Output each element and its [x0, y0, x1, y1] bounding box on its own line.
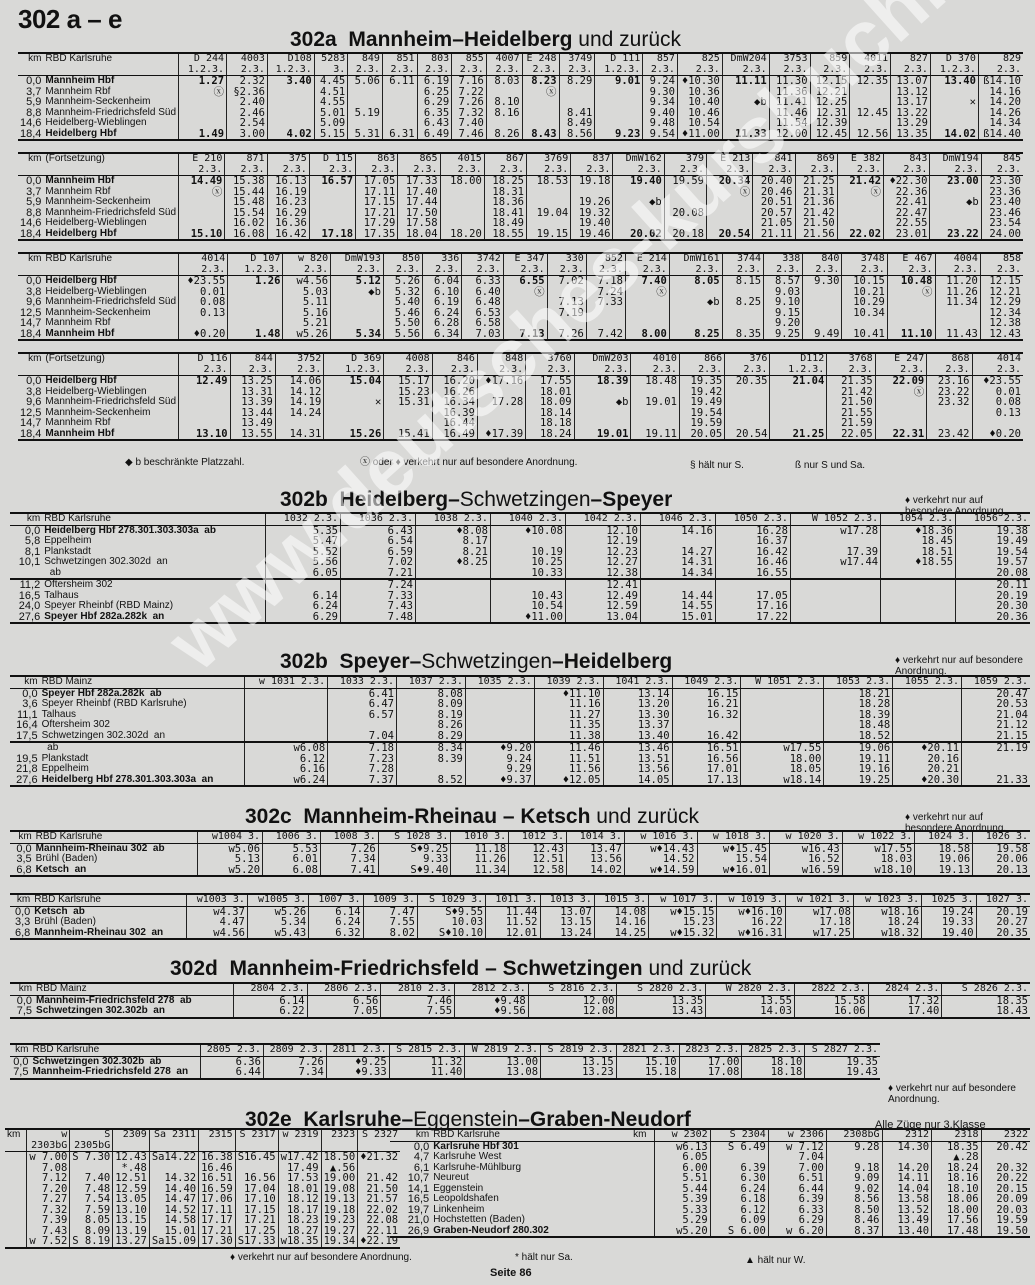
time-cell: 18.48: [824, 720, 893, 731]
train-header: 3748 2.3.: [842, 253, 887, 276]
time-cell: [625, 297, 669, 308]
time-cell: 18.16: [932, 1173, 982, 1184]
train-header: w 820 2.3.: [283, 253, 331, 276]
train-header: 1046 2.3.: [640, 513, 715, 525]
time-cell: [559, 97, 595, 108]
time-cell: ♦17.16: [477, 376, 525, 387]
train-header: 851 2.3.: [382, 53, 417, 76]
time-cell: [850, 97, 891, 108]
train-header: 865 2.3.: [398, 153, 440, 176]
train-header: 2823 2.3.: [679, 1044, 742, 1056]
time-cell: 18.43: [942, 1006, 1030, 1018]
section-302b-out-title: 302b Heidelberg–Schwetzingen–Speyer: [280, 488, 672, 512]
time-cell: 7.54: [70, 1194, 113, 1205]
time-cell: 9.49: [803, 329, 842, 341]
time-cell: 11.30: [769, 76, 810, 87]
time-cell: 16.36: [267, 218, 309, 229]
time-cell: 16.34: [432, 397, 477, 408]
train-header: 1012 3.: [509, 831, 567, 843]
time-cell: 20.51: [753, 197, 795, 208]
train-header: 4010 2.3.: [631, 353, 679, 376]
time-cell: 11.56: [534, 764, 603, 775]
time-cell: 8.26: [397, 720, 466, 731]
train-header: S 2304: [710, 1129, 768, 1141]
time-cell: 17.05: [356, 176, 398, 187]
time-cell: 16.23: [267, 197, 309, 208]
time-cell: [625, 308, 669, 319]
time-cell: ♦8.25: [415, 557, 490, 568]
time-cell: ✕: [324, 397, 384, 408]
time-cell: 12.15: [980, 276, 1023, 287]
time-cell: 18.48: [631, 376, 679, 387]
train-header: 2825 2.3.: [742, 1044, 805, 1056]
time-cell: 11.38: [534, 731, 603, 743]
time-cell: 5.56: [383, 329, 422, 341]
train-header: w1004 3.: [197, 831, 262, 843]
time-cell: 16.06: [794, 1006, 868, 1018]
train-header: 840 2.3.: [803, 253, 842, 276]
rbd-label: RBD Karlsruhe: [43, 53, 178, 76]
time-cell: 16.22: [717, 917, 785, 928]
train-header: 1025 3.: [922, 894, 976, 906]
time-cell: 15.04: [324, 376, 384, 387]
train-header: 4015 2.3.: [440, 153, 484, 176]
time-cell: 11.43: [935, 329, 980, 341]
time-cell: [803, 308, 842, 319]
time-cell: 16.52: [770, 854, 843, 865]
time-cell: [595, 108, 643, 119]
time-cell: ♦22.30: [884, 176, 930, 187]
time-cell: 7.13: [547, 297, 586, 308]
time-cell: 16.42: [672, 731, 741, 743]
time-cell: 17.15: [356, 197, 398, 208]
train-header: E 248 2.3.: [522, 53, 559, 76]
time-cell: Sa15.09: [149, 1236, 198, 1248]
train-header: DmW194 2.3.: [930, 153, 981, 176]
time-cell: w5.26: [283, 329, 331, 341]
time-cell: 5.26: [383, 276, 422, 287]
time-cell: 15.26: [324, 429, 384, 441]
timetable-row: 27,6Speyer Hbf 282a.282k an6.297.48♦11.0…: [10, 612, 1030, 624]
time-cell: 5.56: [266, 557, 341, 568]
train-header: D 370 1.2.3.: [930, 53, 978, 76]
time-cell: 6.19: [417, 76, 452, 87]
time-cell: 13.15: [113, 1215, 150, 1226]
time-cell: 17.30: [199, 1236, 236, 1248]
time-cell: 2.54: [227, 118, 268, 129]
time-cell: 18.55: [484, 229, 526, 241]
train-header: 844 2.3.: [230, 353, 275, 376]
timetable-row: 18,4Heidelberg Hbf15.1016.0816.4217.1817…: [18, 229, 1023, 241]
time-cell: 12.08: [528, 1006, 617, 1018]
time-cell: 6.29: [266, 612, 341, 624]
timetable-row: 0,0Heidelberg Hbf12.4913.2514.0615.0415.…: [18, 376, 1023, 387]
time-cell: 7.05: [307, 1006, 381, 1018]
timetable-row: 3,7Mannheim Rbfⓧ§2.364.516.257.22ⓧ9.3010…: [18, 87, 1023, 98]
train-header: 850 2.3.: [383, 253, 422, 276]
train-header: 2315: [199, 1129, 236, 1152]
time-cell: 7.46: [452, 129, 487, 141]
rbd-label: RBD Mainz: [34, 983, 233, 995]
train-header: w 2306: [768, 1129, 826, 1141]
rbd-label: (Fortsetzung): [43, 153, 178, 176]
train-header: w1003 3.: [186, 894, 247, 906]
time-cell: ▲.28: [932, 1152, 982, 1163]
time-cell: [384, 418, 432, 429]
time-cell: 23.42: [927, 429, 972, 441]
time-cell: 20.02: [613, 229, 664, 241]
time-cell: 8.52: [397, 775, 466, 787]
time-cell: [179, 408, 231, 419]
time-cell: 12.00: [769, 129, 810, 141]
train-header: 2308bG: [826, 1129, 882, 1141]
time-cell: 19.46: [571, 229, 613, 241]
train-header: 858 2.3.: [980, 253, 1023, 276]
time-cell: 5.15: [314, 129, 348, 141]
time-cell: [741, 688, 824, 699]
time-cell: [522, 97, 559, 108]
time-cell: [741, 699, 824, 710]
time-cell: [935, 308, 980, 319]
time-cell: [981, 1152, 1030, 1163]
time-cell: 14.16: [594, 917, 648, 928]
time-cell: 5.47: [266, 536, 341, 547]
time-cell: 7.55: [381, 1006, 455, 1018]
time-cell: 21.42: [837, 176, 883, 187]
train-header: 2822 2.3.: [794, 983, 868, 995]
timetable-row: 18,4Mannheim Hbf♦0.201.48w5.265.345.566.…: [18, 329, 1023, 341]
time-cell: 6.09: [710, 1215, 768, 1226]
time-cell: 6.54: [340, 536, 415, 547]
time-cell: ⓧ: [522, 87, 559, 98]
time-cell: 17.21: [235, 1215, 278, 1226]
time-cell: 18.39: [574, 376, 631, 387]
time-cell: [631, 418, 679, 429]
time-cell: 7.28: [328, 764, 397, 775]
time-cell: [640, 536, 715, 547]
train-header: DmW204 2.3.: [722, 53, 769, 76]
legend-halt-s: § hält nur S.: [690, 460, 744, 471]
time-cell: 6.32: [309, 928, 363, 940]
time-cell: 8.29: [397, 731, 466, 743]
time-cell: 7.19: [547, 308, 586, 319]
time-cell: 12.51: [509, 854, 567, 865]
time-cell: 11.41: [769, 97, 810, 108]
time-cell: 20.30: [956, 601, 1030, 612]
time-cell: ♦11.00: [677, 129, 722, 141]
time-cell: 14.31: [275, 429, 323, 441]
time-cell: 12.29: [980, 297, 1023, 308]
time-cell: 15.01: [640, 612, 715, 624]
train-header: 1032 2.3.: [266, 513, 341, 525]
time-cell: [826, 1152, 882, 1163]
time-cell: [382, 97, 417, 108]
time-cell: 19.59: [664, 176, 706, 187]
train-header: 849 2.3.: [348, 53, 383, 76]
time-cell: 16.51: [199, 1173, 236, 1184]
time-cell: w18.10: [842, 865, 915, 877]
time-cell: 7.04: [328, 731, 397, 743]
train-header: 866 2.3.: [679, 353, 724, 376]
time-cell: ◆b: [613, 197, 664, 208]
timetable-row: 6,8Ketsch anw5.206.087.41S♦9.4011.3412.5…: [10, 865, 1030, 877]
timetable-row: 0,0Mannheim Hbf1.272.323.404.455.066.116…: [18, 76, 1023, 87]
time-cell: ♦10.08: [490, 525, 565, 536]
time-cell: 19.59: [981, 1215, 1030, 1226]
time-cell: [881, 612, 956, 624]
time-cell: 8.05: [70, 1215, 113, 1226]
time-cell: [790, 568, 880, 580]
time-cell: 6.29: [417, 97, 452, 108]
time-cell: [228, 308, 283, 319]
train-header: 1037 2.3.: [397, 676, 466, 688]
time-cell: [465, 731, 534, 743]
time-cell: 20.34: [706, 176, 752, 187]
train-header: 1007 3.: [309, 894, 363, 906]
time-cell: w4.56: [186, 928, 247, 940]
time-cell: 8.15: [722, 276, 764, 287]
time-cell: [348, 87, 383, 98]
time-cell: [850, 118, 891, 129]
time-cell: 11.52: [486, 917, 540, 928]
time-cell: 14.52: [624, 854, 697, 865]
time-cell: ⓧ: [179, 87, 227, 98]
time-cell: 5.19: [348, 108, 383, 119]
time-cell: 20.27: [976, 917, 1030, 928]
time-cell: w17.28: [790, 525, 880, 536]
time-cell: 7.18: [328, 742, 397, 754]
time-cell: [770, 408, 827, 419]
time-cell: [790, 601, 880, 612]
train-header: 843 2.3.: [884, 153, 930, 176]
time-cell: 20.35: [725, 376, 770, 387]
time-cell: [324, 408, 384, 419]
time-cell: 6.44: [201, 1067, 264, 1079]
time-cell: 7.37: [328, 775, 397, 787]
time-cell: 21.50: [827, 397, 875, 408]
time-cell: w17.44: [790, 557, 880, 568]
rbd-label: RBD Karlsruhe: [431, 1129, 625, 1141]
time-cell: 19.50: [981, 1226, 1030, 1238]
time-cell: w4.56: [283, 276, 331, 287]
time-cell: 7.34: [320, 854, 378, 865]
train-header: 1055 2.3.: [893, 676, 962, 688]
train-header: D 115 2.3.: [309, 153, 355, 176]
time-cell: [893, 731, 962, 743]
time-cell: 14.30: [882, 1141, 932, 1152]
time-cell: 0.13: [972, 408, 1023, 419]
section-302d-title: 302d Mannheim-Friedrichsfeld – Schwetzin…: [170, 957, 751, 981]
time-cell: [710, 1152, 768, 1163]
time-cell: 17.28: [477, 397, 525, 408]
train-header: w 1019 3.: [717, 894, 785, 906]
time-cell: [179, 208, 225, 219]
time-cell: 17.44: [398, 197, 440, 208]
time-cell: [179, 218, 225, 229]
train-header: 4014 2.3.: [179, 253, 228, 276]
time-cell: 7.42: [586, 329, 625, 341]
timetable-row: 5.516.306.519.0914.1118.1620.22: [625, 1173, 1030, 1184]
time-cell: [267, 87, 314, 98]
time-cell: [574, 408, 631, 419]
time-cell: 14.24: [275, 408, 323, 419]
time-cell: 14.31: [640, 557, 715, 568]
time-cell: 20.53: [962, 699, 1030, 710]
time-cell: w17.42: [278, 1152, 321, 1163]
time-cell: [640, 579, 715, 591]
time-cell: 9.34: [643, 97, 678, 108]
time-cell: 12.49: [179, 376, 231, 387]
time-cell: 1.26: [228, 276, 283, 287]
time-cell: [887, 308, 935, 319]
train-header: 1059 2.3.: [962, 676, 1030, 688]
timetable-row: 26,9Graben-Neudorf 280.302: [390, 1226, 625, 1238]
train-header: 2804 2.3.: [233, 983, 307, 995]
time-cell: 13.27: [113, 1236, 150, 1248]
time-cell: 14.25: [594, 928, 648, 940]
time-cell: 21.35: [827, 376, 875, 387]
time-cell: 24.00: [981, 229, 1023, 241]
time-cell: 9.20: [764, 318, 803, 329]
time-cell: 5.50: [383, 318, 422, 329]
time-cell: ♦12.05: [534, 775, 603, 787]
time-cell: 18.24: [526, 429, 574, 441]
time-cell: 5.12: [331, 276, 384, 287]
time-cell: 6.29: [768, 1215, 826, 1226]
time-cell: 12.41: [565, 579, 640, 591]
time-cell: 8.37: [826, 1226, 882, 1238]
time-cell: 9.28: [826, 1141, 882, 1152]
time-cell: [245, 720, 328, 731]
time-cell: [875, 397, 927, 408]
timetable-row: 16,4Oftersheim 3028.2611.3513.3718.4821.…: [10, 720, 1030, 731]
time-cell: ⓧ: [179, 187, 225, 198]
time-cell: 2.40: [227, 97, 268, 108]
time-cell: 17.18: [785, 917, 853, 928]
train-header: 1056 2.3.: [956, 513, 1030, 525]
time-cell: 7.26: [547, 329, 586, 341]
timetable-row: 18,4Mannheim Hbf13.1013.5514.3115.2615.4…: [18, 429, 1023, 441]
timetable-row: 9,6Mannheim-Friedrichsfeld Süd13.3914.19…: [18, 397, 1023, 408]
time-cell: 22.55: [884, 218, 930, 229]
time-cell: [465, 720, 534, 731]
time-cell: 17.56: [932, 1215, 982, 1226]
time-cell: 20.40: [753, 176, 795, 187]
time-cell: [267, 108, 314, 119]
time-cell: w 7.52: [27, 1236, 70, 1248]
time-cell: 19.49: [956, 536, 1030, 547]
time-cell: 18.24: [853, 917, 921, 928]
time-cell: 15.54: [697, 854, 770, 865]
time-cell: [574, 418, 631, 429]
time-cell: 12.35: [850, 76, 891, 87]
time-cell: [331, 297, 384, 308]
time-cell: 12.59: [565, 601, 640, 612]
time-cell: 6.55: [503, 276, 547, 287]
time-cell: [715, 579, 790, 591]
time-cell: 17.08: [679, 1067, 742, 1079]
time-cell: [586, 318, 625, 329]
time-cell: 1.48: [228, 329, 283, 341]
timetable-row: 3,5Brühl (Baden)5.136.017.349.3311.2612.…: [10, 854, 1030, 865]
time-cell: [309, 208, 355, 219]
time-cell: 7.40: [625, 276, 669, 287]
time-cell: 11.35: [534, 720, 603, 731]
time-cell: 18.00: [440, 176, 484, 187]
time-cell: 15.10: [179, 229, 225, 241]
time-cell: [972, 418, 1023, 429]
time-cell: w5.43: [247, 928, 308, 940]
time-cell: 5.34: [247, 917, 308, 928]
time-cell: 8.25: [722, 297, 764, 308]
rbd-label: RBD Karlsruhe: [42, 513, 265, 525]
time-cell: 15.48: [225, 197, 267, 208]
time-cell: [245, 688, 328, 699]
time-cell: [245, 710, 328, 721]
time-cell: S♦10.10: [417, 928, 485, 940]
time-cell: 20.36: [956, 612, 1030, 624]
time-cell: [490, 579, 565, 591]
time-cell: 10.29: [842, 297, 887, 308]
time-cell: 7.18: [586, 276, 625, 287]
train-header: w 1020 3.: [770, 831, 843, 843]
time-cell: 6.33: [462, 276, 504, 287]
time-cell: 13.29: [891, 118, 931, 129]
time-cell: 7.55: [363, 917, 417, 928]
time-cell: 20.08: [664, 208, 706, 219]
time-cell: [725, 397, 770, 408]
time-cell: 7.33: [586, 297, 625, 308]
train-header: 4011 2.3.: [850, 53, 891, 76]
timetable-row: w 7.52S 8.1913.27Sa15.0917.30S17.33w18.3…: [5, 1236, 400, 1248]
time-cell: [348, 97, 383, 108]
time-cell: 12.38: [565, 568, 640, 580]
time-cell: [706, 208, 752, 219]
timetable-row: 14,6Heidelberg-Wieblingen2.545.096.437.4…: [18, 118, 1023, 129]
time-cell: 20.09: [981, 1194, 1030, 1205]
time-cell: 19.40: [613, 176, 664, 187]
time-cell: 15.31: [384, 397, 432, 408]
time-cell: 20.05: [679, 429, 724, 441]
time-cell: [770, 397, 827, 408]
train-header: 829 2.3.: [978, 53, 1023, 76]
rbd-label: RBD Karlsruhe: [34, 831, 198, 843]
train-header: 3749 2.3.: [559, 53, 595, 76]
train-header: 869 2.3.: [795, 153, 837, 176]
time-cell: 5.11: [283, 297, 331, 308]
time-cell: 6.19: [423, 297, 462, 308]
time-cell: 17.17: [199, 1215, 236, 1226]
time-cell: 8.34: [397, 742, 466, 754]
time-cell: 10.40: [677, 97, 722, 108]
time-cell: 8.43: [522, 129, 559, 141]
time-cell: 23.32: [927, 397, 972, 408]
time-cell: [503, 318, 547, 329]
train-header: w 1022 3.: [842, 831, 915, 843]
time-cell: 6.31: [382, 129, 417, 141]
time-cell: ◆b: [669, 297, 722, 308]
time-cell: [465, 710, 534, 721]
time-cell: 10.25: [490, 557, 565, 568]
time-cell: 16.13: [267, 176, 309, 187]
time-cell: 20.35: [976, 928, 1030, 940]
train-header: DmW161 2.3.: [669, 253, 722, 276]
train-header: 1024 3.: [915, 831, 973, 843]
time-cell: 17.48: [932, 1226, 982, 1238]
train-header: 2309: [113, 1129, 150, 1152]
time-cell: 19.13: [915, 865, 973, 877]
time-cell: 14.19: [275, 397, 323, 408]
